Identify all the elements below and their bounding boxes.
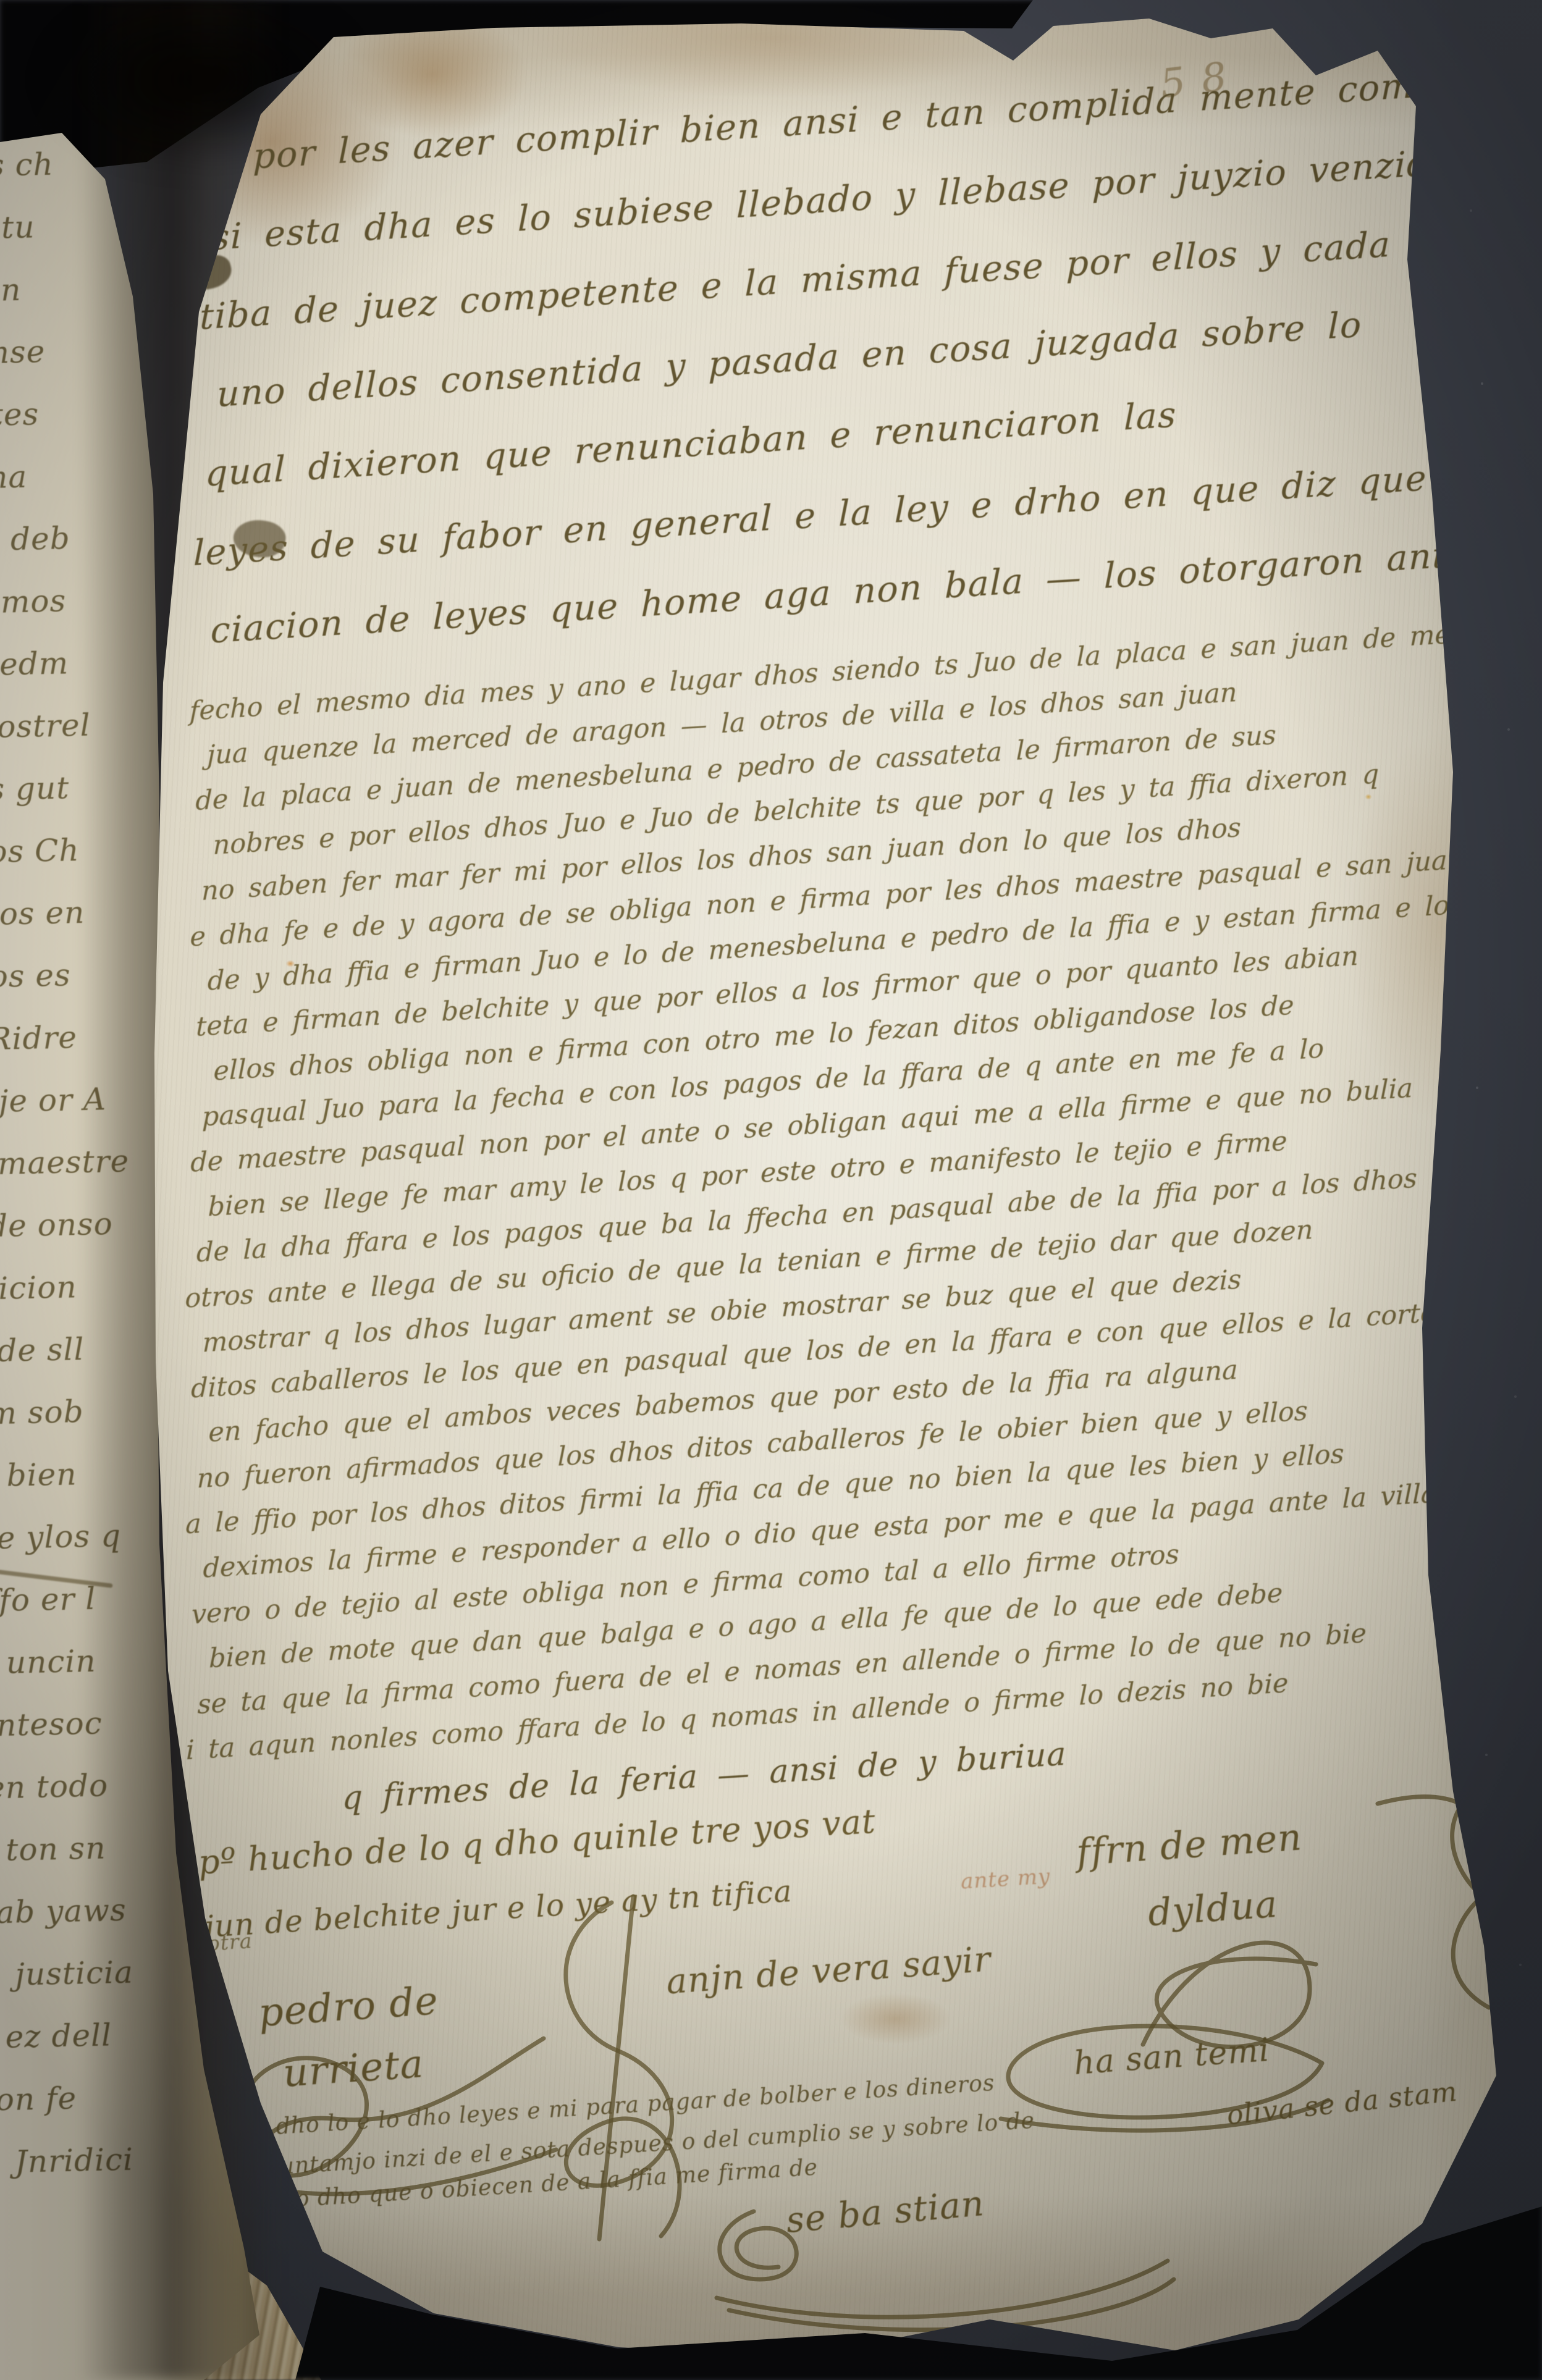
large-script-block: por les azer complir bien ansi e tan com… (204, 44, 1448, 671)
main-text-block: por les azer complir bien ansi e tan com… (194, 44, 1448, 1826)
notary-bracket-flourish (1359, 1779, 1507, 2014)
faint-interlinear-note: ante my (960, 1864, 1051, 1894)
hasantemi-loop-flourish (976, 2008, 1334, 2143)
signature-notary-line1: ffrn de men (1075, 1815, 1304, 1874)
manuscript-photo: sus chg tustinmsentesyman debbimosiedmco… (0, 0, 1542, 2380)
bottom-signature-rubric-flourish (680, 2174, 1186, 2316)
small-script-block: fecho el mesmo dia mes y ano e lugar dho… (195, 612, 1444, 1773)
